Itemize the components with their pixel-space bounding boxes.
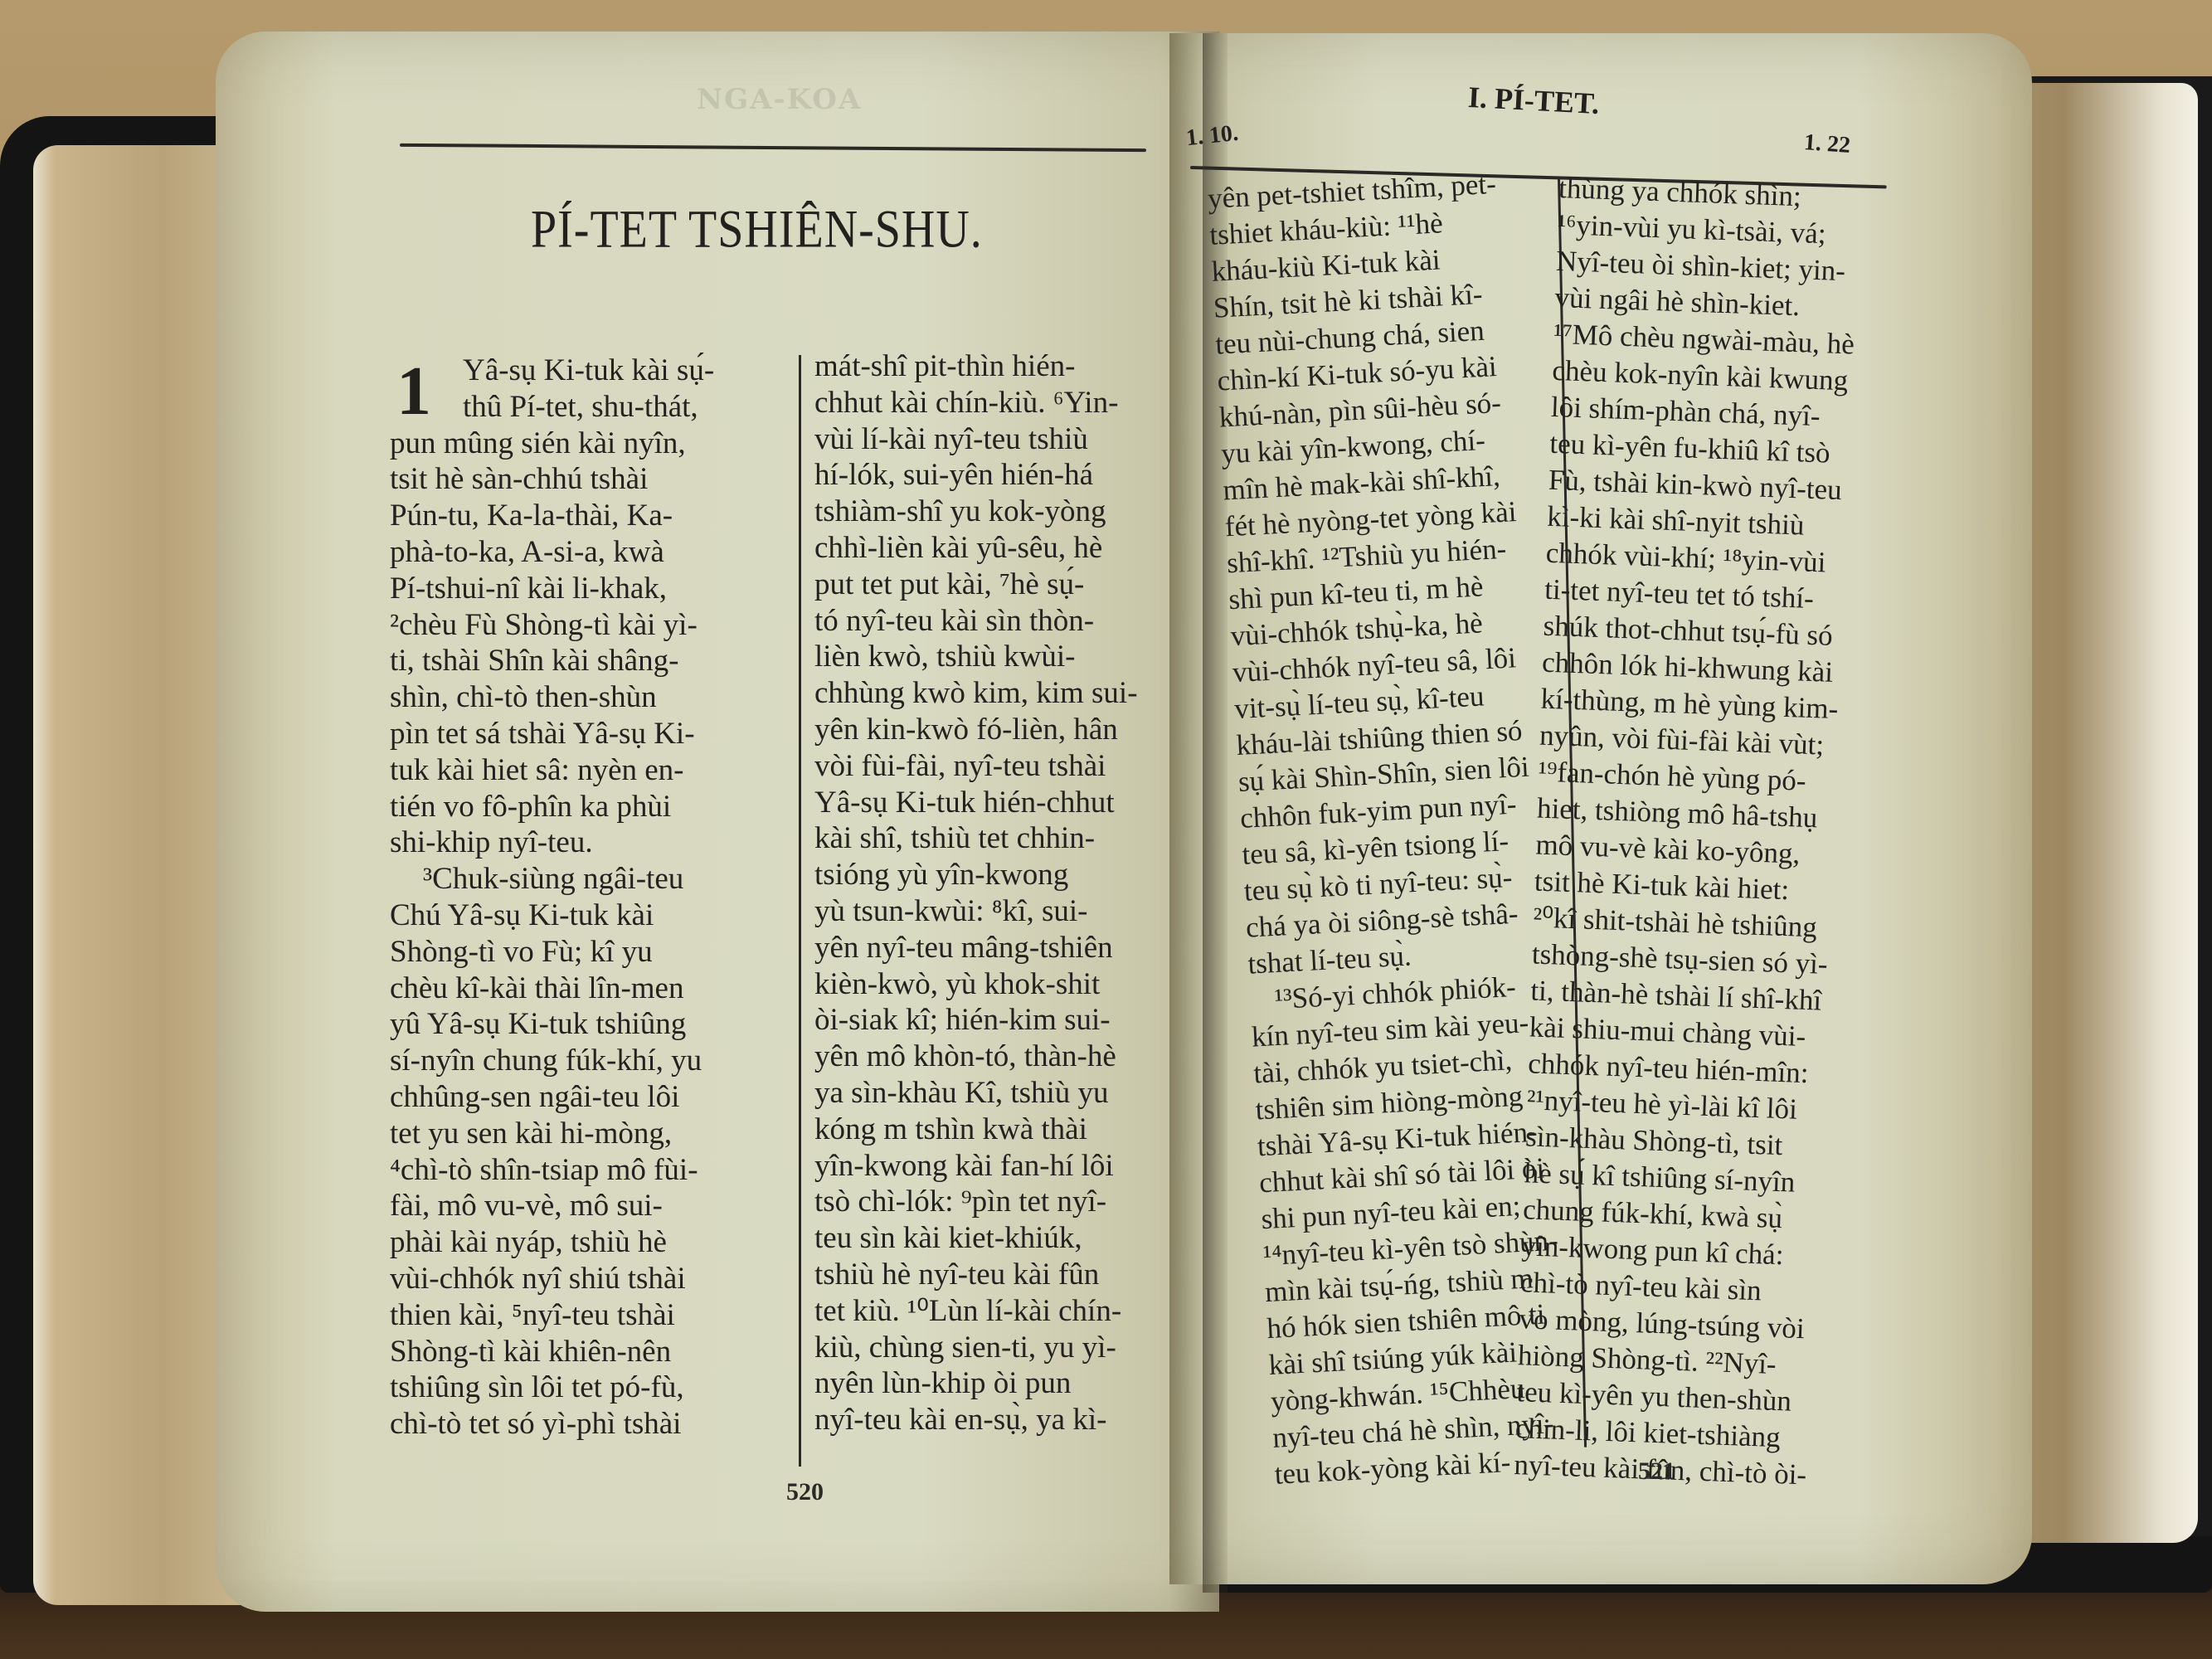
- text-line: chì-tò tet só yì-phì tshài: [390, 1406, 780, 1443]
- text-line: Shòng-tì vo Fù; kî yu: [390, 934, 780, 971]
- text-line: Pí-tshui-nî kài li-khak,: [390, 571, 780, 607]
- text-line: tshiûng sìn lôi tet pó-fù,: [390, 1370, 780, 1406]
- text-line: sí-nyîn chung fúk-khí, yu: [390, 1043, 780, 1079]
- text-line: pun mûng sién kài nyîn,: [390, 426, 780, 462]
- text-line: tet kiù. ¹⁰Lùn lí-kài chín-: [814, 1293, 1188, 1330]
- text-line: tsit hè sàn-chhú tshài: [390, 461, 780, 498]
- text-line: tuk kài hiet sâ: nyèn en-: [390, 752, 780, 789]
- text-line: tet yu sen kài hi-mòng,: [390, 1116, 780, 1152]
- text-line: yîn-kwong kài fan-hí lôi: [814, 1148, 1188, 1185]
- text-line: yên kin-kwò fó-lièn, hân: [814, 712, 1188, 748]
- text-line: vòi fùi-fài, nyî-teu tshài: [814, 748, 1188, 785]
- text-line: chèu kî-kài thài lîn-men: [390, 971, 780, 1007]
- text-line: hí-lók, sui-yên hién-há: [814, 457, 1188, 494]
- text-line: yû Yâ-sụ Ki-tuk tshiûng: [390, 1006, 780, 1043]
- text-line: ³Chuk-siùng ngâi-teu: [390, 861, 780, 898]
- text-line: lièn kwò, tshiù kwùi-: [814, 639, 1188, 675]
- right-page-column-2: thùng ya chhók shìn; ¹⁶yin-vùi yu kì-tsà…: [1514, 170, 1924, 1496]
- text-line: tsióng yù yîn-kwong: [814, 857, 1188, 893]
- text-line: thien kài, ⁵nyî-teu tshài: [390, 1297, 780, 1334]
- text-line: chhùng kwò kim, kim sui-: [814, 675, 1188, 712]
- text-line: pìn tet sá tshài Yâ-sụ Ki-: [390, 716, 780, 752]
- text-line: chhì-lièn kài yû-sêu, hè: [814, 530, 1188, 567]
- text-line: Yâ-sụ Ki-tuk hién-chhut: [814, 785, 1188, 821]
- text-line: tshiù hè nyî-teu kài fûn: [814, 1257, 1188, 1293]
- text-line: Chú Yâ-sụ Ki-tuk kài: [390, 898, 780, 934]
- text-line: chhûng-sen ngâi-teu lôi: [390, 1079, 780, 1116]
- text-line: tó nyî-teu kài sìn thòn-: [814, 603, 1188, 640]
- verse-ref-start: 1. 10.: [1185, 120, 1240, 152]
- text-line: tsò chì-lók: ⁹pìn tet nyî-: [814, 1184, 1188, 1220]
- text-line: ya sìn-khàu Kî, tshiù yu: [814, 1075, 1188, 1112]
- ghost-header-bleedthrough: NGA-KOA: [697, 83, 862, 116]
- text-line: shìn, chì-tò then-shùn: [390, 679, 780, 716]
- text-line: Yâ-sụ Ki-tuk kài sụ́-: [390, 353, 780, 389]
- page-number-left: 520: [786, 1478, 824, 1506]
- text-line: phài kài nyáp, tshiù hè: [390, 1224, 780, 1261]
- text-line: vùi-chhók nyî shiú tshài: [390, 1261, 780, 1297]
- text-line: nyî-teu kài en-sụ̀, ya kì-: [814, 1402, 1188, 1438]
- text-line: Shòng-tì kài khiên-nên: [390, 1334, 780, 1370]
- text-line: ²chèu Fù Shòng-tì kài yì-: [390, 607, 780, 644]
- text-line: thû Pí-tet, shu-thát,: [390, 389, 780, 426]
- column-divider-left: [799, 355, 801, 1467]
- text-line: shi-khip nyî-teu.: [390, 825, 780, 861]
- text-line: yên nyî-teu mâng-tshiên: [814, 930, 1188, 966]
- text-line: vùi lí-kài nyî-teu tshiù: [814, 421, 1188, 458]
- text-line: phà-to-ka, A-si-a, kwà: [390, 534, 780, 571]
- book-title: PÍ-TET TSHIÊN-SHU.: [531, 199, 983, 260]
- verse-ref-end: 1. 22: [1803, 129, 1851, 159]
- text-line: tién vo fô-phîn ka phùi: [390, 789, 780, 825]
- text-line: put tet put kài, ⁷hè sụ́-: [814, 567, 1188, 603]
- text-line: kài shî, tshiù tet chhin-: [814, 820, 1188, 857]
- left-page-column-2: mát-shî pit-thìn hién- chhut kài chín-ki…: [814, 348, 1188, 1438]
- text-line: mát-shî pit-thìn hién-: [814, 348, 1188, 385]
- text-line: nyên lùn-khip òi pun: [814, 1365, 1188, 1402]
- text-line: kóng m tshìn kwà thài: [814, 1112, 1188, 1148]
- text-line: chhut kài chín-kiù. ⁶Yin-: [814, 385, 1188, 421]
- page-number-right: 521: [1638, 1457, 1675, 1486]
- text-line: òi-siak kî; hién-kim sui-: [814, 1002, 1188, 1039]
- text-line: yên mô khòn-tó, thàn-hè: [814, 1039, 1188, 1075]
- text-line: ti, tshài Shîn kài shâng-: [390, 643, 780, 679]
- text-line: kièn-kwò, yù khok-shit: [814, 966, 1188, 1003]
- text-line: yù tsun-kwùi: ⁸kî, sui-: [814, 893, 1188, 930]
- left-page-column-1: Yâ-sụ Ki-tuk kài sụ́- thû Pí-tet, shu-th…: [390, 353, 780, 1443]
- text-line: teu sìn kài kiet-khiúk,: [814, 1220, 1188, 1257]
- text-line: fài, mô vu-vè, mô sui-: [390, 1188, 780, 1224]
- text-line: tshiàm-shî yu kok-yòng: [814, 494, 1188, 530]
- running-head: I. PÍ-TET.: [1467, 80, 1600, 121]
- text-line: kiù, chùng sien-ti, yu yì-: [814, 1330, 1188, 1366]
- text-line: Pún-tu, Ka-la-thài, Ka-: [390, 498, 780, 534]
- text-line: ⁴chì-tò shîn-tsiap mô fùi-: [390, 1152, 780, 1189]
